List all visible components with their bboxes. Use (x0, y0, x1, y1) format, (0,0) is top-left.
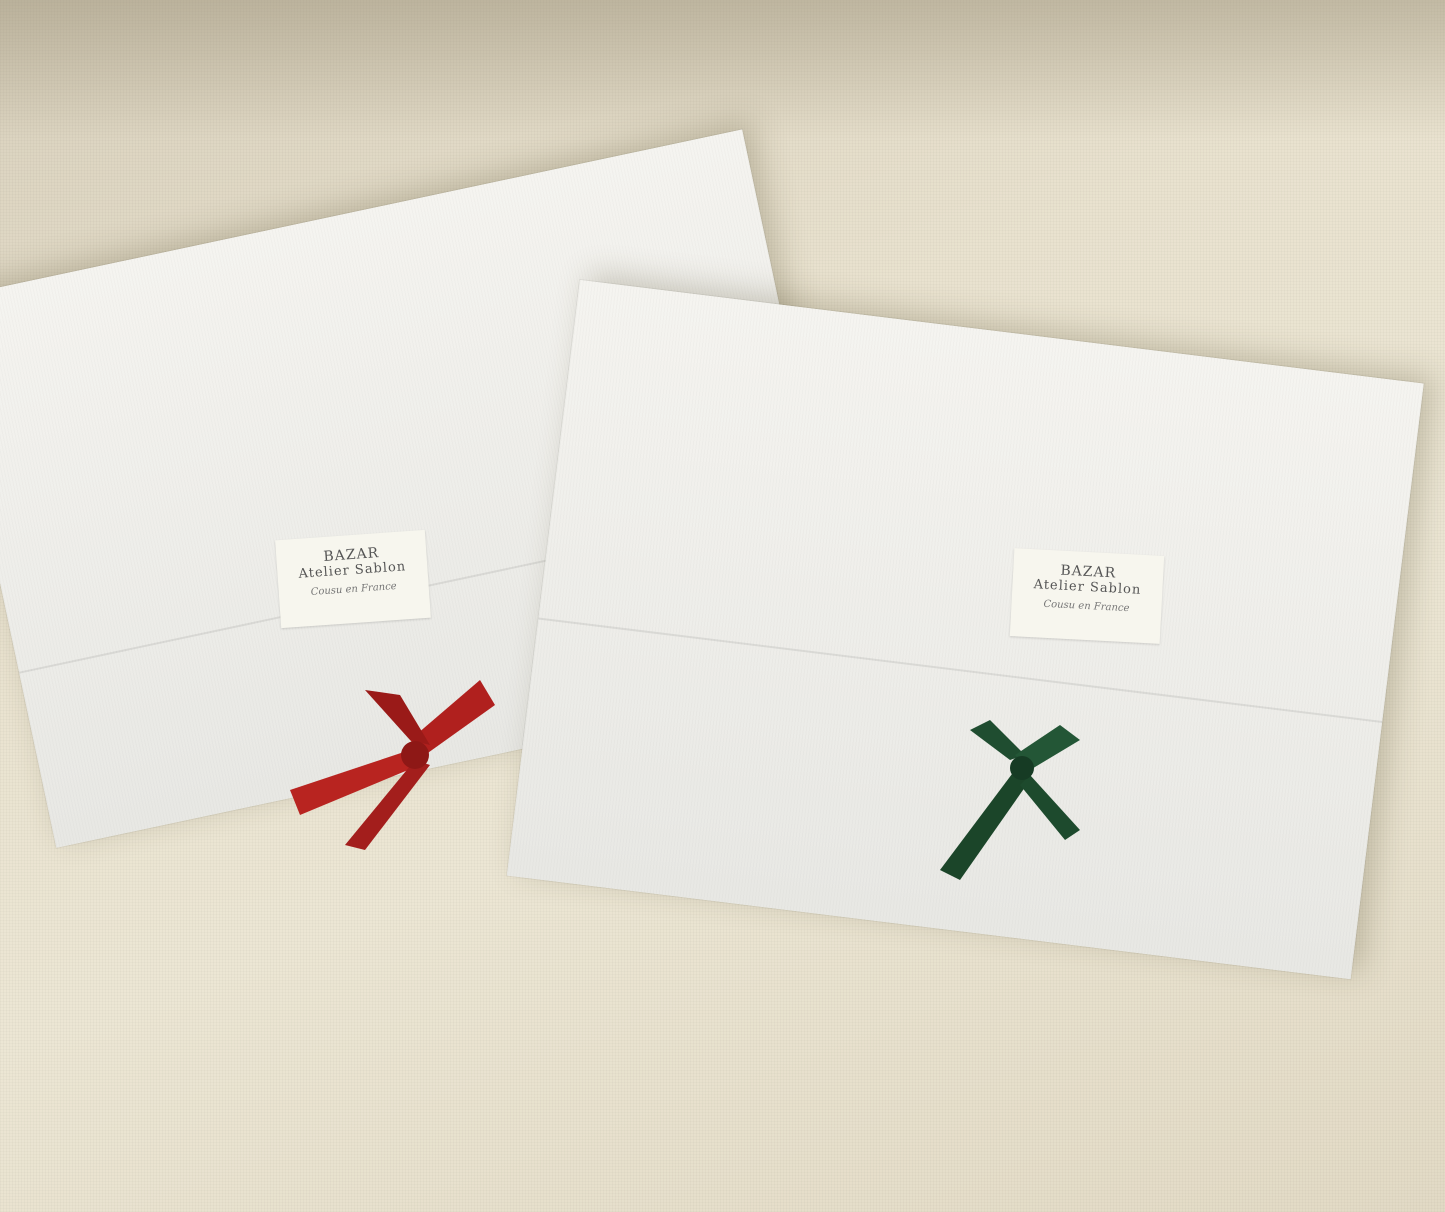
label-right: BAZAR Atelier Sablon Cousu en France (1010, 548, 1164, 644)
green-ribbon-bow (930, 700, 1130, 900)
shadow (0, 0, 1445, 140)
label-made-in: Cousu en France (1011, 597, 1161, 616)
red-ribbon-bow (260, 660, 540, 860)
label-left: BAZAR Atelier Sablon Cousu en France (275, 530, 431, 628)
label-made-in: Cousu en France (279, 579, 429, 600)
